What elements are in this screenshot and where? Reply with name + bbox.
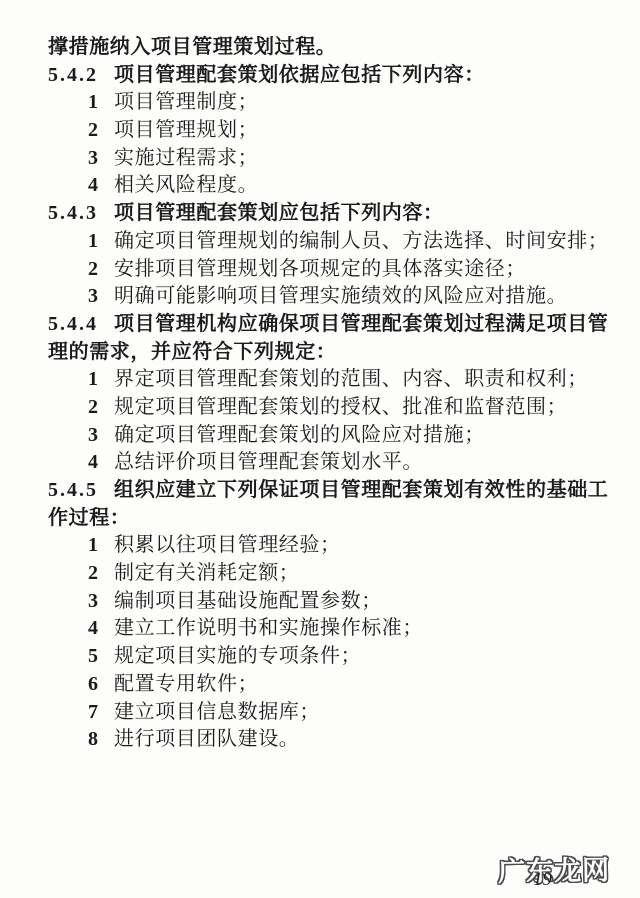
item-number: 1: [88, 89, 114, 117]
list-item: 2项目管理规划；: [48, 117, 596, 145]
line-text: 规定项目实施的专项条件；: [114, 645, 361, 667]
list-item: 1确定项目管理规划的编制人员、方法选择、时间安排；: [48, 228, 596, 256]
list-item: 1积累以往项目管理经验；: [48, 532, 596, 560]
body-line: 作过程：: [48, 505, 596, 533]
document-page: 撑措施纳入项目管理策划过程。5.4.2项目管理配套策划依据应包括下列内容：1项目…: [0, 0, 640, 898]
clause-line: 5.4.2项目管理配套策划依据应包括下列内容：: [48, 62, 596, 90]
item-number: 4: [88, 449, 114, 477]
page-number: 19: [533, 869, 552, 891]
line-text: 确定项目管理规划的编制人员、方法选择、时间安排；: [114, 230, 608, 252]
line-text: 制定有关消耗定额；: [114, 562, 299, 584]
line-text: 建立项目信息数据库；: [114, 701, 320, 723]
item-number: 2: [88, 560, 114, 588]
item-number: 1: [88, 532, 114, 560]
item-number: 4: [88, 615, 114, 643]
list-item: 3编制项目基础设施配置参数；: [48, 588, 596, 616]
item-number: 4: [88, 172, 114, 200]
line-text: 项目管理制度；: [114, 91, 258, 113]
line-text: 项目管理配套策划依据应包括下列内容：: [114, 64, 485, 86]
line-text: 规定项目管理配套策划的授权、批准和监督范围；: [114, 396, 567, 418]
list-item: 2规定项目管理配套策划的授权、批准和监督范围；: [48, 394, 596, 422]
item-number: 2: [88, 394, 114, 422]
body-line: 撑措施纳入项目管理策划过程。: [48, 34, 596, 62]
clause-line: 5.4.4项目管理机构应确保项目管理配套策划过程满足项目管: [48, 311, 596, 339]
item-number: 3: [88, 588, 114, 616]
clause-line: 5.4.5组织应建立下列保证项目管理配套策划有效性的基础工: [48, 477, 596, 505]
item-number: 3: [88, 145, 114, 173]
item-number: 6: [88, 671, 114, 699]
line-text: 建立工作说明书和实施操作标准；: [114, 617, 423, 639]
clause-line: 5.4.3项目管理配套策划应包括下列内容：: [48, 200, 596, 228]
line-text: 安排项目管理规划各项规定的具体落实途径；: [114, 258, 526, 280]
item-number: 5: [88, 643, 114, 671]
clause-number: 5.4.5: [48, 477, 98, 505]
line-text: 项目管理机构应确保项目管理配套策划过程满足项目管: [114, 313, 608, 335]
list-item: 6配置专用软件；: [48, 671, 596, 699]
clause-number: 5.4.4: [48, 311, 98, 339]
list-item: 1界定项目管理配套策划的范围、内容、职责和权利；: [48, 366, 596, 394]
list-item: 4建立工作说明书和实施操作标准；: [48, 615, 596, 643]
line-text: 积累以往项目管理经验；: [114, 534, 341, 556]
line-text: 作过程：: [48, 507, 130, 529]
item-number: 1: [88, 228, 114, 256]
line-text: 明确可能影响项目管理实施绩效的风险应对措施。: [114, 285, 567, 307]
item-number: 3: [88, 422, 114, 450]
item-number: 1: [88, 366, 114, 394]
line-text: 进行项目团队建设。: [114, 728, 299, 750]
list-item: 8进行项目团队建设。: [48, 726, 596, 754]
line-text: 项目管理配套策划应包括下列内容：: [114, 202, 444, 224]
clause-number: 5.4.3: [48, 200, 98, 228]
list-item: 3实施过程需求；: [48, 145, 596, 173]
line-text: 编制项目基础设施配置参数；: [114, 590, 382, 612]
item-number: 2: [88, 117, 114, 145]
text-block: 撑措施纳入项目管理策划过程。5.4.2项目管理配套策划依据应包括下列内容：1项目…: [48, 34, 596, 754]
item-number: 2: [88, 256, 114, 284]
line-text: 总结评价项目管理配套策划水平。: [114, 451, 423, 473]
clause-number: 5.4.2: [48, 62, 98, 90]
line-text: 实施过程需求；: [114, 147, 258, 169]
line-text: 理的需求，并应符合下列规定：: [48, 341, 336, 363]
list-item: 3明确可能影响项目管理实施绩效的风险应对措施。: [48, 283, 596, 311]
list-item: 4相关风险程度。: [48, 172, 596, 200]
line-text: 配置专用软件；: [114, 673, 258, 695]
item-number: 8: [88, 726, 114, 754]
line-text: 组织应建立下列保证项目管理配套策划有效性的基础工: [114, 479, 608, 501]
watermark: 广东龙网: [498, 848, 611, 889]
list-item: 1项目管理制度；: [48, 89, 596, 117]
body-line: 理的需求，并应符合下列规定：: [48, 339, 596, 367]
list-item: 2制定有关消耗定额；: [48, 560, 596, 588]
line-text: 撑措施纳入项目管理策划过程。: [48, 36, 336, 58]
list-item: 5规定项目实施的专项条件；: [48, 643, 596, 671]
item-number: 3: [88, 283, 114, 311]
list-item: 3确定项目管理配套策划的风险应对措施；: [48, 422, 596, 450]
line-text: 项目管理规划；: [114, 119, 258, 141]
list-item: 2安排项目管理规划各项规定的具体落实途径；: [48, 256, 596, 284]
line-text: 确定项目管理配套策划的风险应对措施；: [114, 424, 485, 446]
line-text: 相关风险程度。: [114, 174, 258, 196]
list-item: 4总结评价项目管理配套策划水平。: [48, 449, 596, 477]
line-text: 界定项目管理配套策划的范围、内容、职责和权利；: [114, 368, 588, 390]
list-item: 7建立项目信息数据库；: [48, 699, 596, 727]
item-number: 7: [88, 699, 114, 727]
